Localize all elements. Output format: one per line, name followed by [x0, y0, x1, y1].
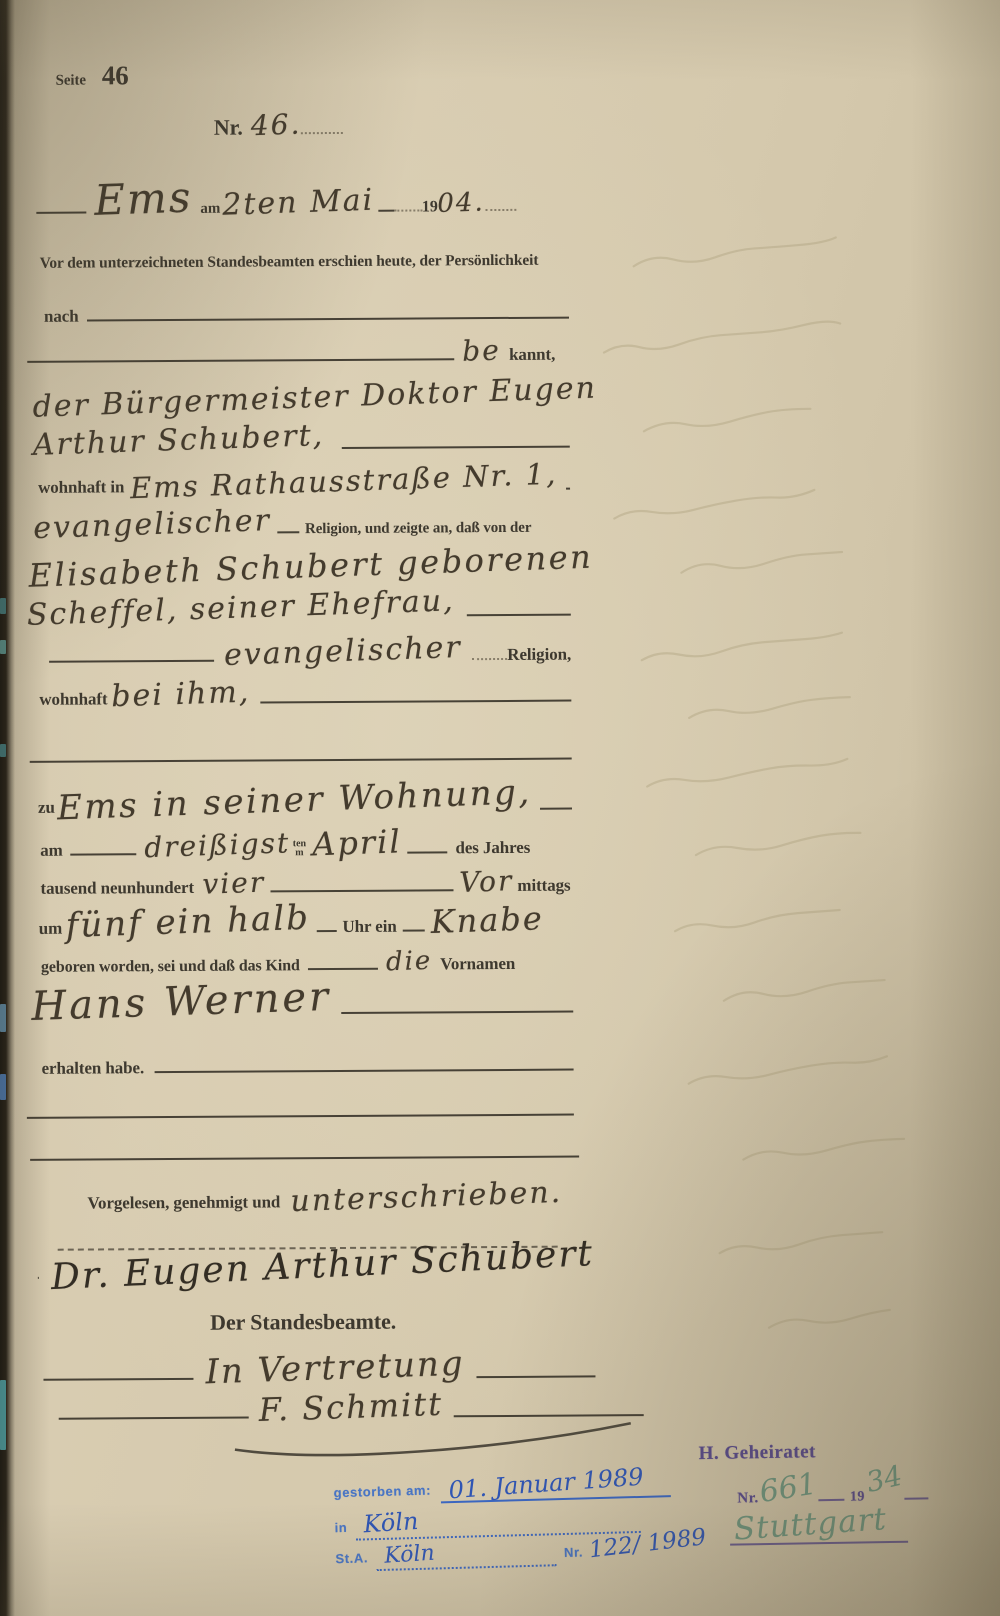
marriage-nr-handwritten: 661	[758, 1469, 819, 1508]
declarant-signature-handwritten: Dr. Eugen Arthur Schubert	[50, 1236, 594, 1296]
in-label: in	[334, 1520, 347, 1535]
year-prefix-printed: tausend neunhundert	[40, 878, 194, 899]
religion1-line: evangelischer Religion, und zeigte an, d…	[33, 508, 555, 541]
religion2-handwritten: evangelischer	[224, 633, 463, 671]
marriage-year-handwritten: 34	[864, 1462, 905, 1497]
fill-line	[539, 808, 572, 810]
residence2-handwritten: bei ihm,	[111, 678, 251, 713]
marriage-place-handwritten: Stuttgart	[733, 1504, 888, 1545]
deputy-line: In Vertretung	[43, 1349, 595, 1386]
death-place-underlined: Köln	[355, 1504, 641, 1541]
am-label: am	[200, 201, 220, 218]
fill-line	[261, 700, 572, 704]
fill-line	[341, 1011, 573, 1014]
bekannt-prefix-handwritten: be	[462, 336, 501, 365]
ordinal-sub: m	[295, 848, 303, 857]
intro-printed: Vor dem unterzeichneten Standesbeamten e…	[40, 252, 539, 273]
edge-tab-mark	[0, 1074, 6, 1100]
year-printed: 19	[422, 198, 438, 216]
fill-line	[308, 968, 378, 970]
residence-handwritten: Ems Rathausstraße Nr. 1,	[130, 460, 558, 504]
edge-tab-mark	[0, 1004, 6, 1032]
fill-line	[36, 212, 86, 214]
fill-line	[154, 1069, 574, 1074]
child-sex-handwritten: Knabe	[430, 902, 544, 938]
residence-label: wohnhaft in	[38, 477, 124, 498]
fill-line	[71, 853, 137, 855]
fill-line	[38, 1277, 39, 1279]
birthday-line: am dreißigst tenm April des Jahres	[40, 826, 570, 867]
marriage-nr-label: Nr.	[737, 1490, 759, 1507]
declarant-name-handwritten: der Bürgermeister Doktor Eugen	[32, 374, 597, 423]
birthplace-line: zu Ems in seiner Wohnung,	[38, 782, 572, 819]
vorgelesen-printed: Vorgelesen, genehmigt und	[87, 1192, 280, 1213]
fill-line	[485, 209, 516, 211]
birthplace-label: zu	[38, 798, 55, 818]
form-content: Seite 46 Nr. 46. Ems am 2ten Mai 19 04. …	[0, 0, 1000, 1616]
fill-line	[59, 1417, 249, 1420]
gestorben-label: gestorben am:	[333, 1483, 431, 1501]
book-binding-edge	[0, 0, 15, 1616]
child-name-handwritten: Hans Werner	[31, 977, 332, 1027]
um-label: um	[39, 919, 63, 939]
registrar-title-line: Der Standesbeamte.	[3, 1307, 603, 1337]
edge-tab-mark	[0, 1380, 6, 1450]
edge-tab-mark	[0, 598, 6, 614]
religion1-printed: Religion, und zeigte an, daß von der	[305, 520, 532, 538]
erhalten-printed: erhalten habe.	[42, 1058, 145, 1079]
die-handwritten: die	[385, 948, 432, 976]
fill-line	[467, 614, 571, 617]
marriage-place-row: Stuttgart	[734, 1507, 954, 1542]
day-handwritten: dreißigst	[144, 829, 291, 862]
nr-label: Nr.	[214, 115, 243, 141]
fill-line	[49, 660, 214, 663]
death-date-underlined: 01. Januar 1989	[441, 1468, 672, 1503]
declarant-name2-handwritten: Arthur Schubert,	[32, 421, 324, 461]
fill-line	[277, 531, 299, 533]
blank-rule-line	[30, 1156, 579, 1161]
death-office-row: St.A. Köln Nr. 122/ 1989	[335, 1534, 736, 1572]
religion1-handwritten: evangelischer	[33, 506, 272, 544]
declarant-line1: der Bürgermeister Doktor Eugen	[32, 382, 552, 415]
death-date-row: gestorben am: 01. Januar 1989	[333, 1466, 734, 1506]
fill-line	[43, 1378, 193, 1381]
year-handwritten: 04.	[437, 189, 485, 217]
time-handwritten: fünf ein halb	[66, 901, 311, 943]
fill-line	[87, 317, 569, 322]
month-handwritten: April	[312, 825, 402, 860]
nach-line: nach	[44, 304, 569, 327]
fill-line	[407, 851, 447, 853]
vorgelesen-line: Vorgelesen, genehmigt und unterschrieben…	[87, 1181, 602, 1214]
death-stamp: gestorben am: 01. Januar 1989 in Köln St…	[333, 1466, 735, 1562]
record-number-handwritten: 46.	[250, 111, 301, 141]
vornamen-printed: Vornamen	[440, 954, 515, 974]
birthtime-line: um fünf ein halb Uhr ein Knabe	[39, 903, 571, 940]
death-nr-label: Nr.	[564, 1544, 584, 1560]
fill-line	[472, 658, 508, 660]
record-number-line: Nr. 46.	[214, 111, 364, 141]
registry-document-page: Seite 46 Nr. 46. Ems am 2ten Mai 19 04. …	[0, 0, 1000, 1616]
death-place-handwritten: Köln	[363, 1509, 419, 1536]
fill-line	[394, 209, 422, 211]
place-handwritten: Ems	[94, 177, 193, 222]
nach-label: nach	[44, 307, 79, 327]
signature-flourish	[229, 1417, 639, 1462]
fill-line	[316, 930, 336, 932]
am-label: am	[40, 841, 63, 861]
birthyear-line: tausend neunhundert vier Vor mittags	[40, 868, 570, 899]
erhalten-line: erhalten habe.	[42, 1056, 574, 1079]
fill-line	[301, 132, 343, 134]
uhr-ein-printed: Uhr ein	[342, 917, 396, 937]
daytime-handwritten: Vor	[459, 867, 514, 897]
ordinal-ending: tenm	[293, 839, 306, 857]
sta-label: St.A.	[335, 1550, 368, 1566]
edge-tab-mark	[0, 744, 6, 757]
mother-maiden-handwritten: Scheffel, seiner Ehefrau,	[26, 586, 455, 631]
religion2-line: evangelischer Religion,	[49, 636, 571, 669]
seite-label: Seite	[56, 73, 86, 90]
residence2-line: wohnhaft bei ihm,	[39, 678, 571, 711]
blank-rule-line	[30, 758, 572, 763]
fill-line	[566, 488, 570, 490]
deputy-handwritten: In Vertretung	[205, 1347, 465, 1390]
religion2-printed: Religion,	[507, 645, 571, 665]
blank-rule-line	[27, 1114, 574, 1119]
residence-line: wohnhaft in Ems Rathausstraße Nr. 1,	[38, 466, 570, 498]
mittags-printed: mittags	[517, 876, 570, 896]
declarant-line2: Arthur Schubert,	[33, 424, 570, 457]
signature-line: Dr. Eugen Arthur Schubert	[38, 1246, 594, 1285]
fill-line	[30, 758, 572, 763]
mother-line2: Scheffel, seiner Ehefrau,	[27, 592, 571, 625]
fill-line	[271, 889, 454, 892]
child-name-line: Hans Werner	[31, 980, 573, 1023]
stamp-fill-line	[905, 1497, 929, 1499]
page-number: 46	[102, 60, 129, 91]
death-office-handwritten: Köln	[383, 1543, 435, 1568]
birthplace-handwritten: Ems in seiner Wohnung,	[56, 775, 532, 825]
fill-line	[27, 1114, 574, 1119]
day-month-handwritten: 2ten Mai	[222, 186, 375, 221]
unterschrieben-handwritten: unterschrieben.	[290, 1178, 563, 1217]
year-word-handwritten: vier	[202, 869, 266, 899]
marriage-title: H. Geheiratet	[698, 1441, 816, 1465]
edge-tab-mark	[0, 640, 6, 654]
fill-line	[378, 210, 394, 212]
page-header: Seite 46	[55, 60, 195, 92]
stamp-fill-line	[818, 1499, 844, 1501]
bekannt-line: be kannt,	[27, 337, 555, 368]
bekannt-printed: kannt,	[509, 345, 555, 365]
fill-line	[30, 1156, 579, 1161]
place-date-line: Ems am 2ten Mai 19 04.	[36, 176, 516, 221]
born-printed: geboren worden, sei und daß das Kind	[41, 957, 300, 977]
mother-name-handwritten: Elisabeth Schubert geborenen	[28, 541, 594, 592]
fill-line	[477, 1375, 596, 1378]
fill-line	[342, 446, 570, 449]
mother-line1: Elisabeth Schubert geborenen	[28, 549, 556, 584]
death-office-underlined: Köln	[376, 1540, 557, 1571]
registrar-title-printed: Der Standesbeamte.	[210, 1309, 396, 1336]
marriage-title-row: H. Geheiratet	[698, 1439, 963, 1465]
fill-line	[27, 358, 454, 363]
intro-line: Vor dem unterzeichneten Standesbeamten e…	[40, 252, 552, 273]
marriage-stamp: H. Geheiratet Nr. 661 19 34 Stuttgart	[698, 1439, 964, 1528]
des-jahres-printed: des Jahres	[455, 838, 530, 858]
born-line: geboren worden, sei und daß das Kind die…	[41, 948, 573, 977]
death-date-handwritten: 01. Januar 1989	[448, 1465, 644, 1503]
fill-line	[403, 929, 425, 931]
residence2-label: wohnhaft	[39, 689, 107, 709]
